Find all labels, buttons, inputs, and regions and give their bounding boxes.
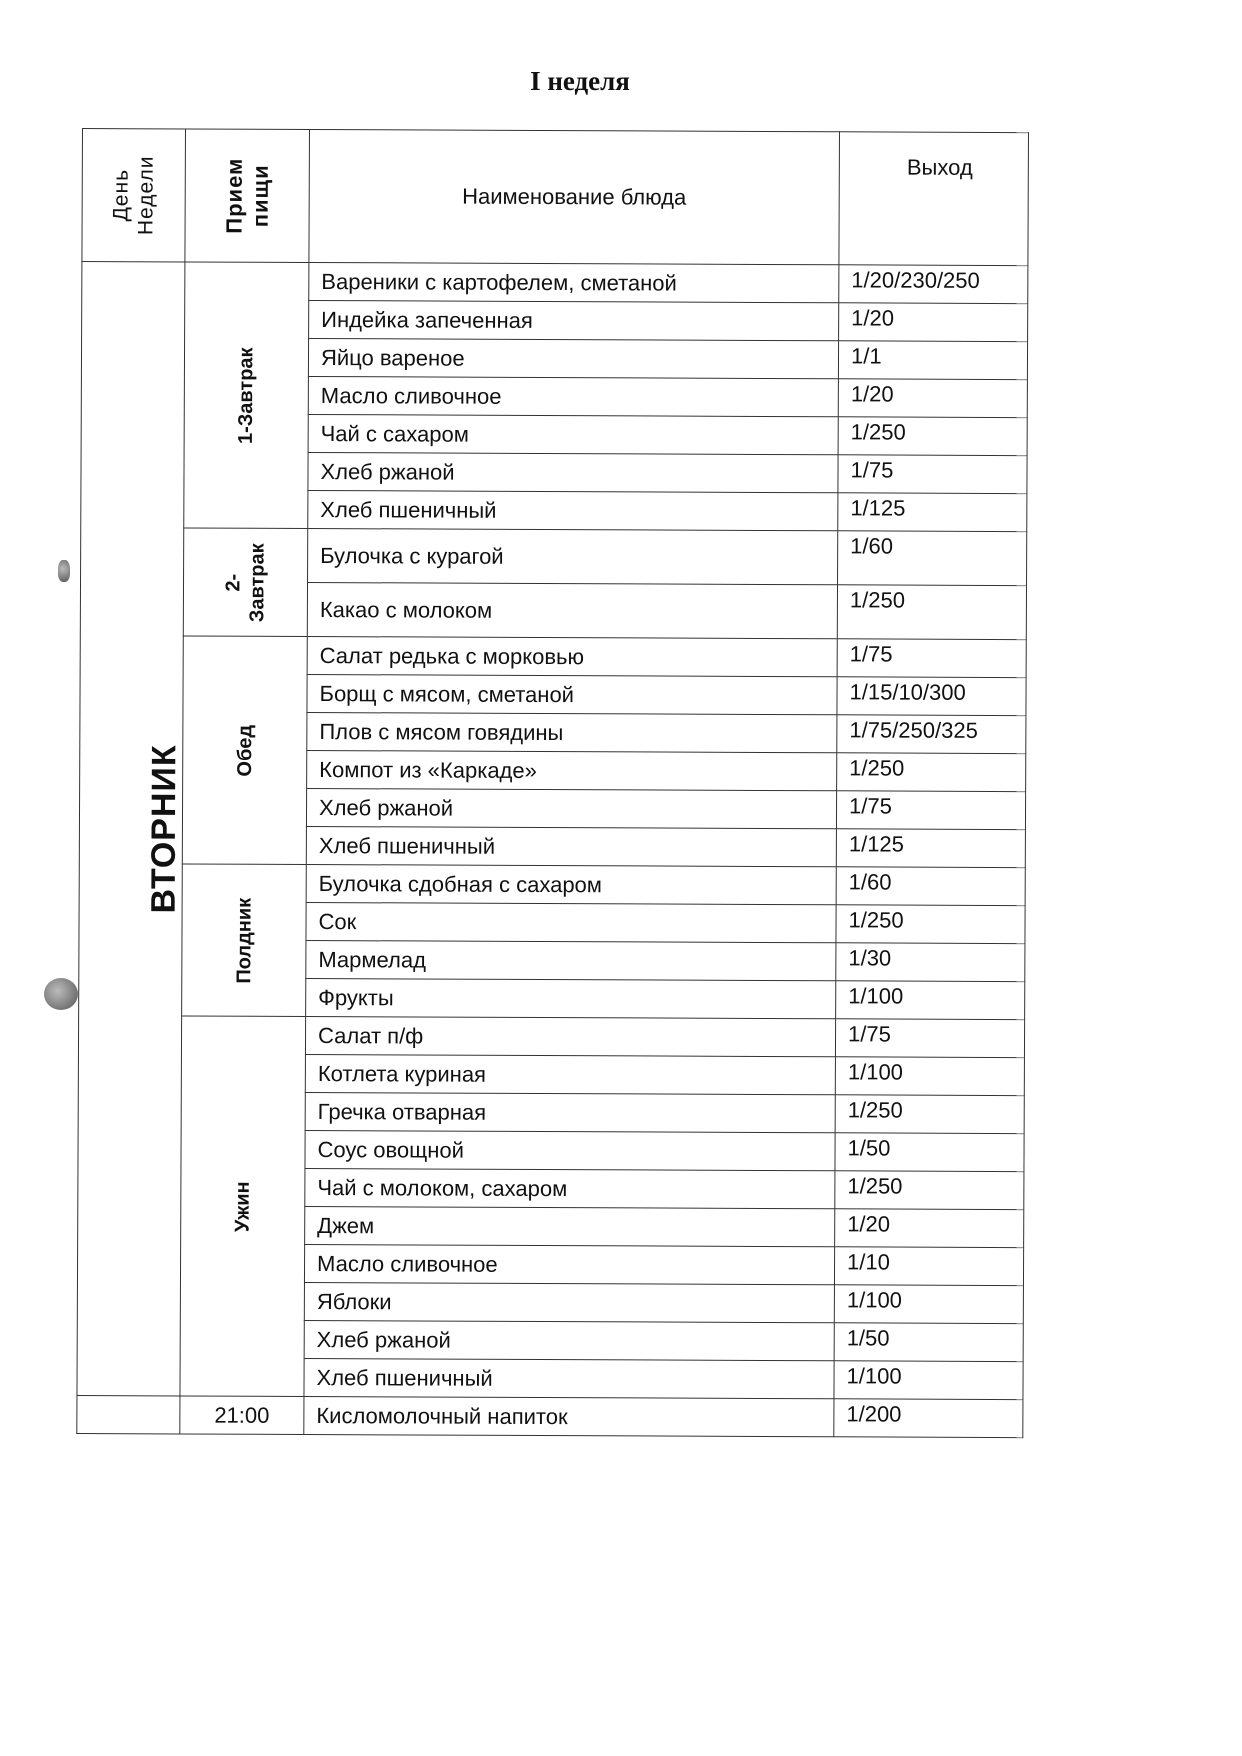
dish-output: 1/250	[835, 1095, 1024, 1134]
table-row: 2-ЗавтракБулочка с курагой1/60	[81, 527, 1027, 585]
dish-output: 1/20	[835, 1209, 1024, 1248]
meal-label-line1: 2-	[222, 573, 244, 591]
dish-name: Масло сливочное	[308, 376, 838, 416]
dish-output: 1/250	[835, 1171, 1024, 1210]
late-snack-row: 21:00Кисломолочный напиток1/200	[77, 1395, 1023, 1437]
dish-name: Булочка сдобная с сахаром	[306, 864, 836, 904]
dish-output: 1/75/250/325	[837, 715, 1026, 754]
table-row: УжинСалат п/ф1/75	[78, 1015, 1024, 1057]
dish-name: Мармелад	[306, 940, 836, 980]
dish-output: 1/250	[837, 585, 1026, 640]
dish-name: Какао с молоком	[307, 582, 837, 638]
dish-name: Фрукты	[306, 978, 836, 1018]
dish-output: 1/200	[834, 1399, 1023, 1438]
dish-name: Кисломолочный напиток	[304, 1396, 834, 1436]
dish-name: Хлеб ржаной	[306, 788, 836, 828]
day-of-week-label: ВТОРНИК	[145, 744, 185, 913]
dish-name: Чай с молоком, сахаром	[305, 1168, 835, 1208]
dish-name: Вареники с картофелем, сметаной	[309, 262, 839, 302]
dish-name: Сок	[306, 902, 836, 942]
dish-name: Масло сливочное	[304, 1244, 834, 1284]
dish-output: 1/50	[834, 1323, 1023, 1362]
dish-output: 1/20/230/250	[839, 265, 1028, 304]
dish-name: Компот из «Каркаде»	[307, 750, 837, 790]
header-meal-line2: пищи	[247, 164, 272, 227]
dish-name: Хлеб пшеничный	[306, 826, 836, 866]
dish-name: Гречка отварная	[305, 1092, 835, 1132]
meal-cell: 1-Завтрак	[184, 262, 309, 529]
meal-label: Полдник	[232, 897, 256, 983]
dish-output: 1/50	[835, 1133, 1024, 1172]
dish-output: 1/250	[838, 417, 1027, 456]
dish-output: 1/75	[837, 639, 1026, 678]
empty-day-cell	[77, 1395, 180, 1433]
dish-output: 1/100	[836, 981, 1025, 1020]
dish-output: 1/100	[834, 1361, 1023, 1400]
header-row: ДеньНедели Приемпищи Наименование блюда …	[82, 129, 1029, 266]
dish-output: 1/75	[835, 1019, 1024, 1058]
day-of-week-cell: ВТОРНИК	[77, 262, 185, 1396]
dish-name: Плов с мясом говядины	[307, 712, 837, 752]
dish-output: 1/1	[838, 341, 1027, 380]
table-row: ОбедСалат редька с морковью1/75	[80, 635, 1026, 677]
meal-cell: 2-Завтрак	[183, 528, 307, 637]
header-meal-line1: Прием	[221, 158, 246, 234]
dish-name: Котлета куриная	[305, 1054, 835, 1094]
header-meal: Приемпищи	[185, 129, 310, 263]
meal-cell: Ужин	[180, 1016, 306, 1397]
dish-output: 1/75	[836, 791, 1025, 830]
dish-name: Джем	[305, 1206, 835, 1246]
dish-name: Хлеб ржаной	[304, 1320, 834, 1360]
dish-output: 1/30	[836, 943, 1025, 982]
dish-name: Салат п/ф	[305, 1016, 835, 1056]
dish-name: Яйцо вареное	[308, 338, 838, 378]
punch-hole-mark	[44, 978, 78, 1010]
meal-label: 2-Завтрак	[221, 543, 269, 622]
meal-label: Ужин	[231, 1181, 255, 1232]
dish-output: 1/15/10/300	[837, 677, 1026, 716]
dish-name: Чай с сахаром	[308, 414, 838, 454]
meal-cell: Полдник	[182, 864, 307, 1017]
header-day-of-week: ДеньНедели	[82, 129, 186, 262]
header-day-line1: День	[110, 169, 133, 222]
dish-output: 1/125	[838, 493, 1027, 532]
header-output: Выход	[839, 132, 1029, 266]
menu-table: ДеньНедели Приемпищи Наименование блюда …	[76, 128, 1029, 1438]
dish-output: 1/60	[836, 867, 1025, 906]
dish-output: 1/100	[835, 1057, 1024, 1096]
meal-label-line2: Завтрак	[246, 543, 268, 622]
dish-output: 1/10	[834, 1247, 1023, 1286]
dish-name: Хлеб ржаной	[308, 452, 838, 492]
meal-label: 1-Завтрак	[234, 347, 258, 444]
late-snack-time: 21:00	[180, 1396, 304, 1435]
dish-name: Булочка с курагой	[308, 528, 838, 584]
dish-name: Индейка запеченная	[309, 300, 839, 340]
dish-name: Хлеб пшеничный	[304, 1358, 834, 1398]
dish-output: 1/125	[836, 829, 1025, 868]
dish-name: Соус овощной	[305, 1130, 835, 1170]
header-dish-name: Наименование блюда	[309, 129, 840, 264]
dish-name: Яблоки	[304, 1282, 834, 1322]
punch-hole-mark	[58, 560, 70, 582]
dish-output: 1/75	[838, 455, 1027, 494]
dish-output: 1/20	[838, 379, 1027, 418]
dish-name: Салат редька с морковью	[307, 636, 837, 676]
dish-output: 1/250	[836, 905, 1025, 944]
dish-output: 1/20	[839, 303, 1028, 342]
meal-cell: Обед	[182, 636, 307, 865]
page-title: I неделя	[0, 66, 1160, 97]
dish-output: 1/250	[837, 753, 1026, 792]
dish-output: 1/60	[838, 531, 1027, 586]
dish-output: 1/100	[834, 1285, 1023, 1324]
table-row: ВТОРНИК1-ЗавтракВареники с картофелем, с…	[82, 262, 1028, 304]
meal-label: Обед	[233, 724, 257, 776]
header-day-line2: Недели	[135, 155, 158, 235]
dish-name: Хлеб пшеничный	[308, 490, 838, 530]
table-row: ПолдникБулочка сдобная с сахаром1/60	[79, 863, 1025, 905]
dish-name: Борщ с мясом, сметаной	[307, 674, 837, 714]
